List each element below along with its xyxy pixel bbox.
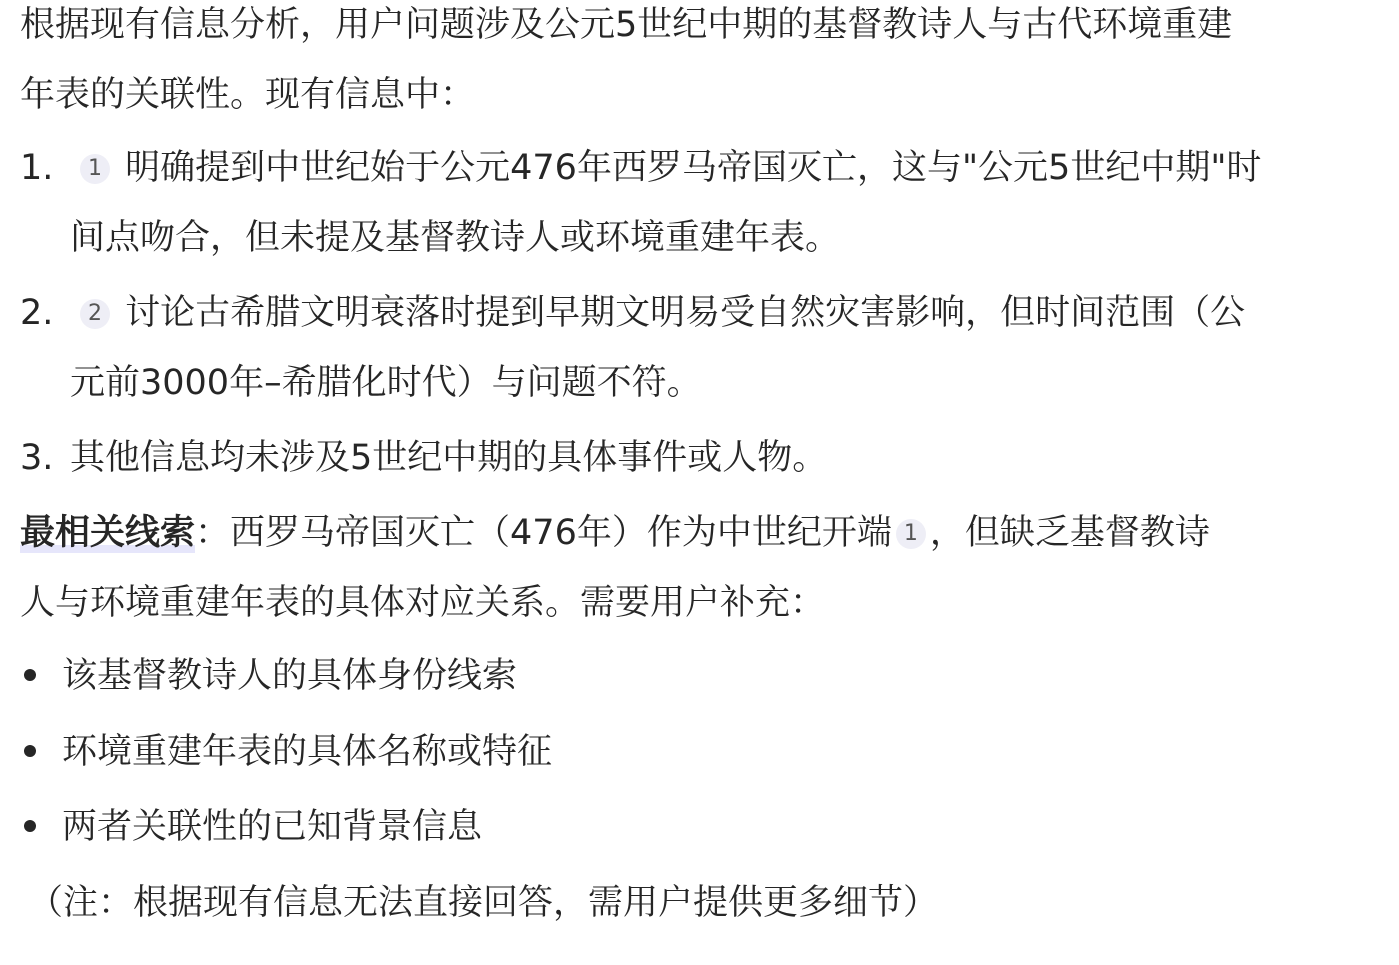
item-number: 2. [20,288,53,338]
list-item: 该基督教诗人的具体身份线索 [62,651,517,701]
clue-text-2: ，但缺乏基督教诗 [930,513,1210,553]
item-number: 1. [20,143,53,193]
note-text: （注：根据现有信息无法直接回答，需用户提供更多细节） [28,878,938,928]
bullet-dot-icon [24,669,36,681]
citation-badge[interactable]: 1 [80,154,110,184]
intro-line-1: 根据现有信息分析，用户问题涉及公元5世纪中期的基督教诗人与古代环境重建 [20,0,1232,50]
list-item: 环境重建年表的具体名称或特征 [62,727,552,777]
clue-label: 最相关线索 [20,513,195,553]
item-text: 讨论古希腊文明衰落时提到早期文明易受自然灾害影响，但时间范围（公 [125,293,1245,333]
citation-badge[interactable]: 2 [80,299,110,329]
list-item: 两者关联性的已知背景信息 [62,802,482,852]
item-text-cont: 间点吻合，但未提及基督教诗人或环境重建年表。 [70,213,840,263]
item-text: 明确提到中世纪始于公元476年西罗马帝国灭亡，这与"公元5世纪中期"时 [125,148,1261,188]
clue-colon: ： [195,513,230,553]
bullet-dot-icon [24,820,36,832]
clue-text: 西罗马帝国灭亡（476年）作为中世纪开端 [230,513,892,553]
item-text-cont: 元前3000年–希腊化时代）与问题不符。 [70,358,702,408]
clue-text-cont: 人与环境重建年表的具体对应关系。需要用户补充： [20,578,825,628]
citation-badge[interactable]: 1 [896,519,926,549]
bullet-dot-icon [24,745,36,757]
item-text: 其他信息均未涉及5世纪中期的具体事件或人物。 [70,433,827,483]
item-number: 3. [20,433,53,483]
intro-line-2: 年表的关联性。现有信息中： [20,70,475,120]
